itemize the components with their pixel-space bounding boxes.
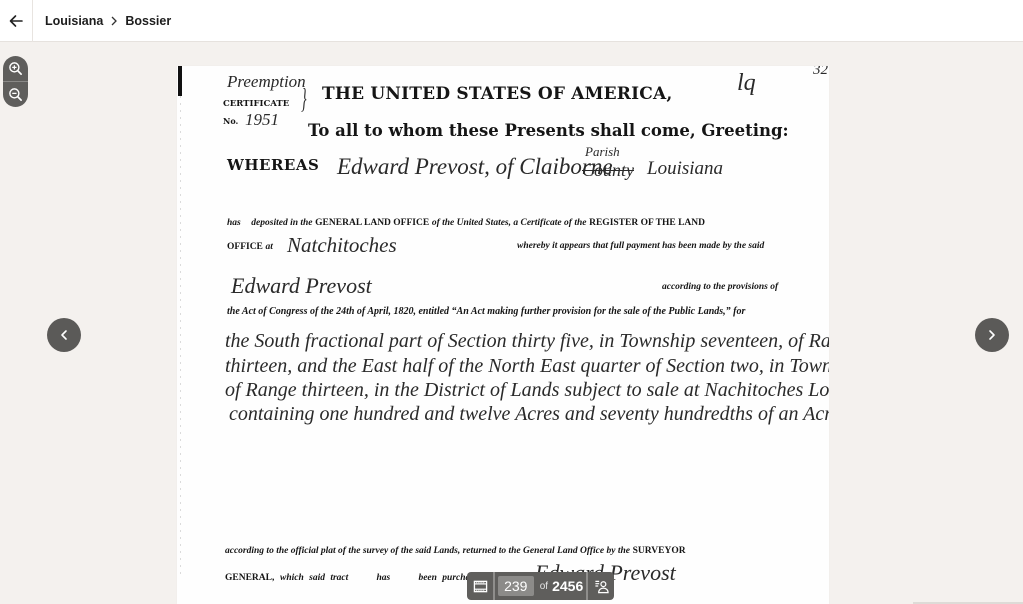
line-1-d: REGISTER OF THE LAND	[589, 218, 705, 228]
whereas-label: WHEREAS	[227, 156, 319, 174]
line-2-c: whereby it appears that full payment has…	[517, 241, 764, 251]
of-label: of	[540, 581, 548, 592]
document-image[interactable]: 32 lq Preemption CERTIFICATE } No. 1951 …	[177, 66, 829, 604]
next-page-button[interactable]	[975, 318, 1009, 352]
top-bar: Louisiana Bossier	[0, 0, 1023, 42]
total-pages: 2456	[552, 578, 583, 594]
line-2-b: at	[266, 242, 273, 252]
land-description-2: thirteen, and the East half of the North…	[225, 355, 829, 378]
line-5-a: according to the official plat of the su…	[225, 546, 630, 556]
arrow-left-icon	[8, 13, 24, 29]
whereas-name: Edward Prevost, of Claiborne	[337, 154, 613, 180]
filmstrip-button[interactable]	[467, 572, 493, 600]
zoom-out-icon	[8, 87, 23, 102]
chevron-left-icon	[58, 329, 70, 341]
zoom-in-button[interactable]	[3, 56, 28, 81]
breadcrumb-bossier[interactable]: Bossier	[125, 14, 171, 28]
greeting: To all to whom these Presents shall come…	[308, 121, 789, 140]
page-edge-mark	[178, 66, 182, 96]
line-6-c: has	[377, 573, 391, 583]
line-5-b: SURVEYOR	[633, 546, 686, 556]
land-description-3: of Range thirteen, in the District of La…	[225, 379, 829, 402]
certificate-number: 1951	[245, 110, 279, 130]
state-name: Louisiana	[647, 158, 723, 180]
line-1-a: deposited in the	[251, 218, 312, 228]
line-5: according to the official plat of the su…	[225, 545, 686, 556]
office-place: Natchitoches	[287, 233, 397, 258]
land-description-1: the South fractional part of Section thi…	[225, 330, 829, 353]
line-6-b: which said tract	[280, 573, 348, 583]
line-2: OFFICE at	[227, 241, 273, 252]
certificate-label: CERTIFICATE	[223, 99, 289, 109]
line-4: the Act of Congress of the 24th of April…	[227, 306, 745, 317]
document-title: THE UNITED STATES OF AMERICA,	[322, 84, 673, 104]
initials: lq	[737, 70, 756, 97]
chevron-right-icon	[986, 329, 998, 341]
zoom-controls	[3, 56, 28, 107]
zoom-in-icon	[8, 61, 23, 76]
preemption-note: Preemption	[227, 72, 306, 92]
page-binding-edge	[180, 96, 181, 576]
line-1: has deposited in the GENERAL LAND OFFICE…	[227, 217, 705, 228]
filmstrip-icon	[473, 579, 488, 594]
index-button[interactable]	[588, 572, 614, 600]
breadcrumb: Louisiana Bossier	[45, 14, 171, 28]
payer-name: Edward Prevost	[231, 273, 372, 299]
corner-number: 32	[813, 66, 828, 79]
line-1-prefix: has	[227, 218, 241, 228]
list-person-icon	[594, 579, 609, 594]
previous-page-button[interactable]	[47, 318, 81, 352]
land-description-4: containing one hundred and twelve Acres …	[229, 403, 829, 426]
breadcrumb-louisiana[interactable]: Louisiana	[45, 14, 103, 28]
back-button[interactable]	[0, 0, 33, 42]
line-3: according to the provisions of	[662, 282, 778, 292]
line-1-c: of the United States, a Certificate of t…	[432, 218, 587, 228]
page-toolbar: of 2456	[467, 572, 614, 600]
line-2-a: OFFICE	[227, 242, 263, 252]
page-number-input[interactable]	[498, 576, 534, 596]
line-1-b: GENERAL LAND OFFICE	[315, 218, 429, 228]
county-struck: County	[582, 160, 634, 181]
page-indicator: of 2456	[495, 572, 586, 600]
brace-mark: }	[301, 84, 307, 116]
number-label: No.	[223, 116, 238, 126]
parish-insert: Parish	[585, 144, 620, 160]
zoom-out-button[interactable]	[3, 81, 28, 107]
chevron-right-icon	[110, 16, 118, 26]
line-6-a: GENERAL,	[225, 573, 274, 583]
